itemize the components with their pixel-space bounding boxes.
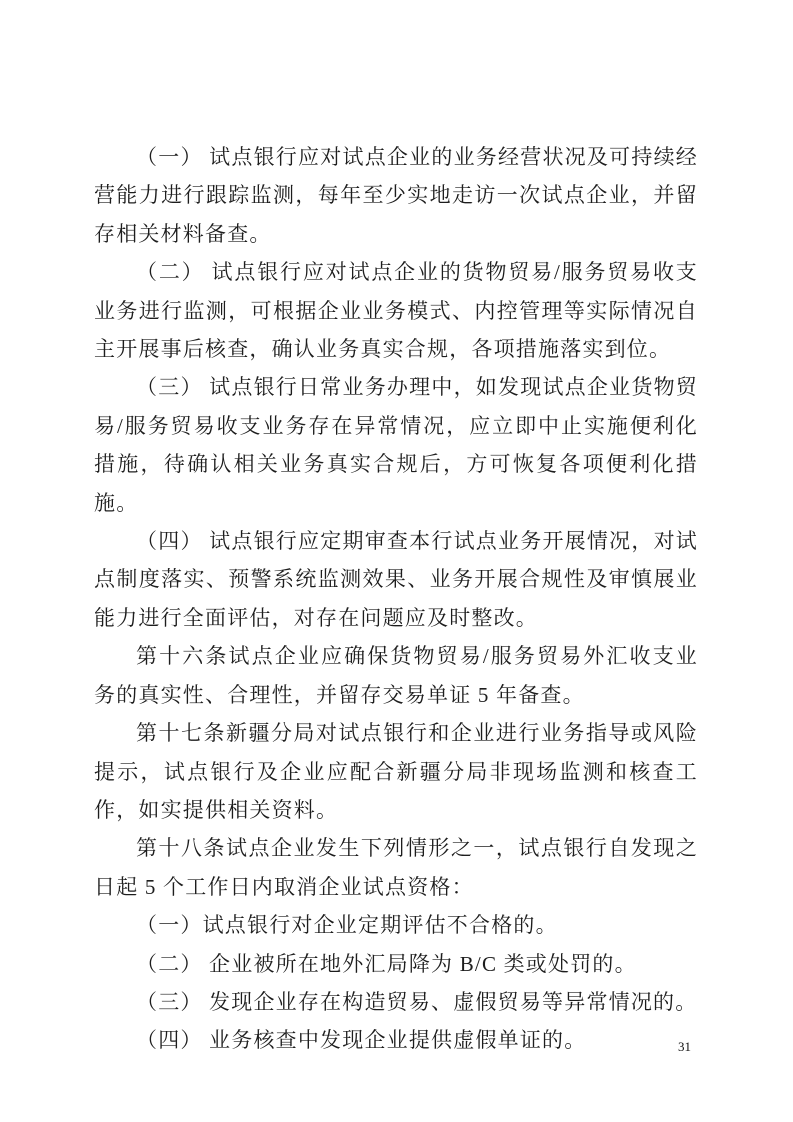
paragraph-bank-monitor-item-2: （二） 试点银行应对试点企业的货物贸易/服务贸易收支业务进行监测，可根据企业业务… bbox=[94, 253, 698, 368]
paragraph-article-18: 第十八条试点企业发生下列情形之一，试点银行自发现之日起 5 个工作日内取消企业试… bbox=[94, 829, 698, 906]
page-number: 31 bbox=[678, 1038, 691, 1056]
paragraph-bank-monitor-item-4: （四） 试点银行应定期审查本行试点业务开展情况，对试点制度落实、预警系统监测效果… bbox=[94, 522, 698, 637]
paragraph-article-16: 第十六条试点企业应确保货物贸易/服务贸易外汇收支业务的真实性、合理性，并留存交易… bbox=[94, 637, 698, 714]
paragraph-bank-monitor-item-1: （一） 试点银行应对试点企业的业务经营状况及可持续经营能力进行跟踪监测，每年至少… bbox=[94, 138, 698, 253]
paragraph-bank-monitor-item-3: （三） 试点银行日常业务办理中，如发现试点企业货物贸易/服务贸易收支业务存在异常… bbox=[94, 368, 698, 522]
paragraph-disqualify-item-3: （三） 发现企业存在构造贸易、虚假贸易等异常情况的。 bbox=[94, 983, 698, 1021]
document-page: （一） 试点银行应对试点企业的业务经营状况及可持续经营能力进行跟踪监测，每年至少… bbox=[0, 0, 793, 1122]
paragraph-disqualify-item-4: （四） 业务核查中发现企业提供虚假单证的。 bbox=[94, 1021, 698, 1059]
document-body: （一） 试点银行应对试点企业的业务经营状况及可持续经营能力进行跟踪监测，每年至少… bbox=[94, 138, 698, 1060]
paragraph-disqualify-item-2: （二） 企业被所在地外汇局降为 B/C 类或处罚的。 bbox=[94, 945, 698, 983]
paragraph-article-17: 第十七条新疆分局对试点银行和企业进行业务指导或风险提示，试点银行及企业应配合新疆… bbox=[94, 714, 698, 829]
paragraph-disqualify-item-1: （一）试点银行对企业定期评估不合格的。 bbox=[94, 906, 698, 944]
